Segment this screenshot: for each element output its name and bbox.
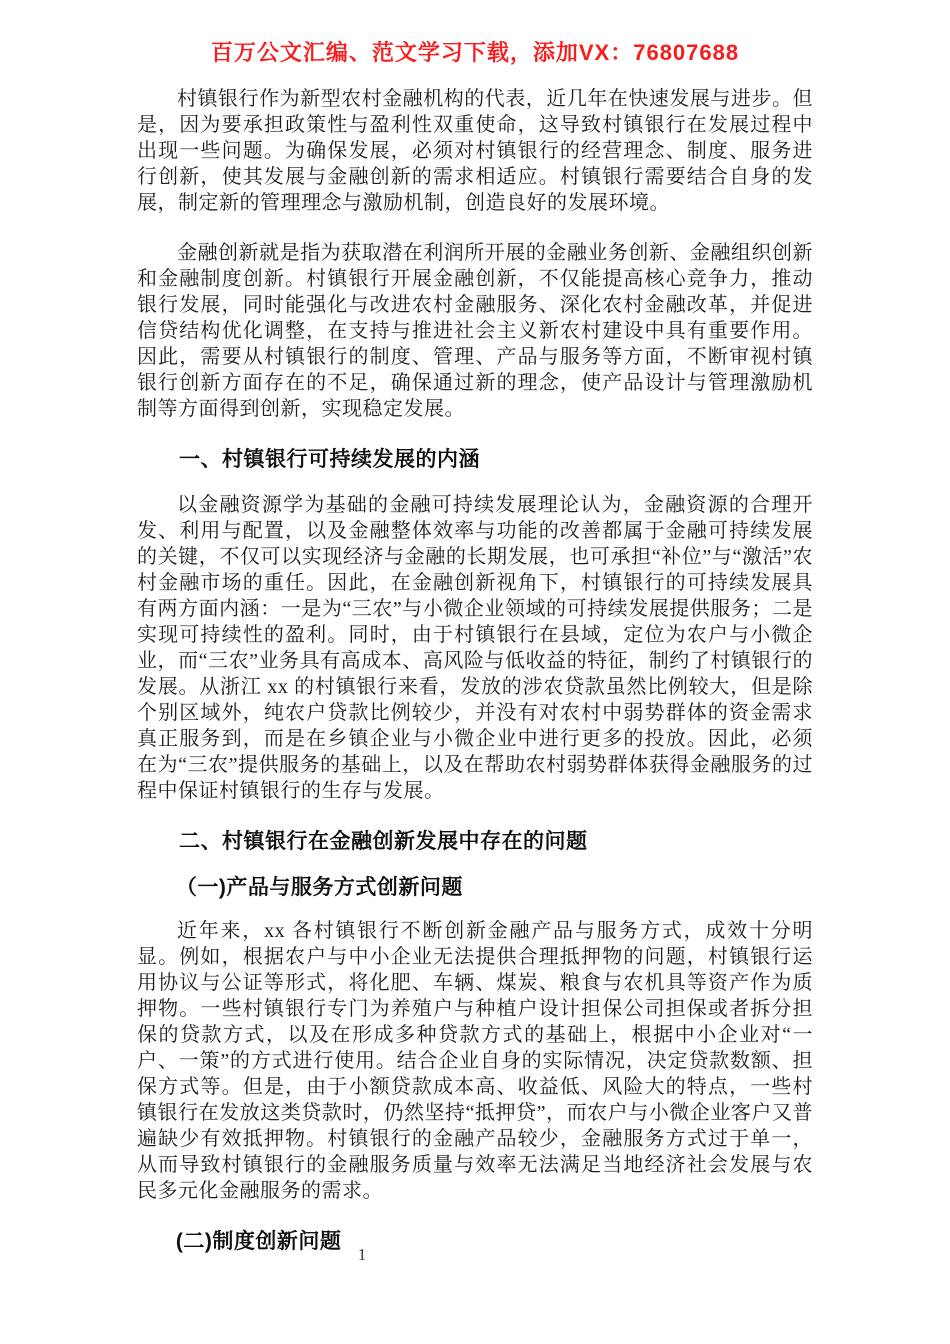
subsection-heading-2-1: （一)产品与服务方式创新问题 [137,874,813,902]
document-page: 百万公文汇编、范文学习下载，添加VX：76807688 村镇银行作为新型农村金融… [0,0,950,1344]
body-paragraph-intro-1: 村镇银行作为新型农村金融机构的代表，近几年在快速发展与进步。但是，因为要承担政策… [137,86,813,216]
page-number: 1 [350,1244,374,1266]
body-paragraph-section-1: 以金融资源学为基础的金融可持续发展理论认为，金融资源的合理开发、利用与配置，以及… [137,492,813,804]
body-paragraph-intro-2: 金融创新就是指为获取潜在利润所开展的金融业务创新、金融组织创新和金融制度创新。村… [137,240,813,422]
subsection-heading-2-2: (二)制度创新问题 [137,1228,813,1256]
promo-header-text: 百万公文汇编、范文学习下载，添加VX：76807688 [0,40,950,66]
body-paragraph-section-2-1: 近年来，xx 各村镇银行不断创新金融产品与服务方式，成效十分明显。例如，根据农户… [137,918,813,1204]
section-heading-1: 一、村镇银行可持续发展的内涵 [137,446,813,474]
section-heading-2: 二、村镇银行在金融创新发展中存在的问题 [137,828,813,856]
document-body: 村镇银行作为新型农村金融机构的代表，近几年在快速发展与进步。但是，因为要承担政策… [137,86,813,1272]
